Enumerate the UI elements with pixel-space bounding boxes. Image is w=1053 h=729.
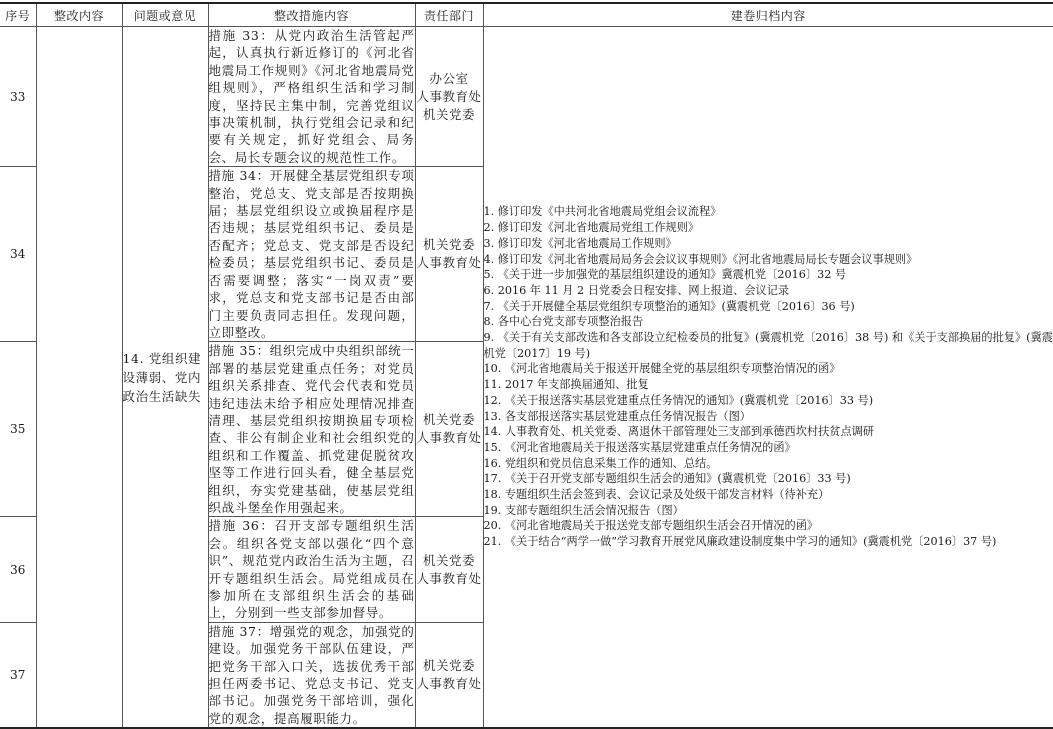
header-dept: 责任部门 bbox=[415, 3, 483, 27]
archive-item: 16. 党组织和党员信息采集工作的通知、总结。 bbox=[484, 456, 1053, 472]
archive-item: 17. 《关于召开党支部专题组织生活会的通知》(冀震机党〔2016〕33 号) bbox=[484, 471, 1053, 487]
dept-cell: 机关党委 人事教育处 bbox=[415, 167, 483, 342]
seq-cell: 37 bbox=[0, 622, 36, 699]
seq-cell: 35 bbox=[0, 342, 36, 517]
dept-name: 人事教育处 bbox=[416, 88, 483, 106]
archive-item: 10. 《河北省地震局关于报送开展健全党的基层组织专项整治情况的函》 bbox=[484, 361, 1053, 377]
dept-name: 机关党委 bbox=[416, 657, 483, 675]
archive-cell: 1. 修订印发《中共河北省地震局党组会议流程》 2. 修订印发《河北省地震局党组… bbox=[483, 27, 1053, 700]
archive-item: 11. 2017 年支部换届通知、批复 bbox=[484, 377, 1053, 393]
archive-item: 3. 修订印发《河北省地震局工作规则》 bbox=[484, 236, 1053, 252]
dept-name: 人事教育处 bbox=[416, 570, 483, 588]
archive-item: 21. 《关于结合“两学一做”学习教育开展党风廉政建设制度集中学习的通知》(冀震… bbox=[484, 534, 1053, 550]
archive-item: 5. 《关于进一步加强党的基层组织建设的通知》冀震机党〔2016〕32 号 bbox=[484, 267, 1053, 283]
archive-item: 19. 支部专题组织生活会情况报告（图） bbox=[484, 503, 1053, 519]
archive-item: 1. 修订印发《中共河北省地震局党组会议流程》 bbox=[484, 204, 1053, 220]
header-rectification-item: 整改内容 bbox=[36, 3, 122, 27]
dept-cell: 机关党委 人事教育处 bbox=[415, 622, 483, 699]
rectification-table: 序号 整改内容 问题或意见 整改措施内容 责任部门 建卷归档内容 33 14. … bbox=[0, 2, 1053, 699]
rectification-item-cell bbox=[36, 27, 122, 700]
measure-cell: 措施 35：组织完成中央组织部统一部署的基层党建重点任务；对党员组织关系排查、党… bbox=[208, 342, 415, 517]
dept-name: 机关党委 bbox=[416, 552, 483, 570]
dept-cell: 机关党委 人事教育处 bbox=[415, 517, 483, 622]
measure-cell: 措施 37：增强党的观念，加强党的建设。加强党务干部队伍建设，严把党务干部入口关… bbox=[208, 622, 415, 699]
seq-cell: 33 bbox=[0, 27, 36, 167]
header-archive: 建卷归档内容 bbox=[483, 3, 1053, 27]
dept-cell: 机关党委 人事教育处 bbox=[415, 342, 483, 517]
archive-item: 20. 《河北省地震局关于报送党支部专题组织生活会召开情况的函》 bbox=[484, 518, 1053, 534]
header-seq: 序号 bbox=[0, 3, 36, 27]
measure-cell: 措施 34：开展健全基层党组织专项整治，党总支、党支部是否按期换届；基层党组织设… bbox=[208, 167, 415, 342]
dept-name: 机关党委 bbox=[416, 236, 483, 254]
dept-name: 人事教育处 bbox=[416, 675, 483, 693]
seq-cell: 36 bbox=[0, 517, 36, 622]
archive-item: 6. 2016 年 11 月 2 日党委会日程安排、网上报道、会议记录 bbox=[484, 283, 1053, 299]
table-row: 33 14. 党组织建设薄弱、党内政治生活缺失 措施 33：从党内政治生活管起严… bbox=[0, 27, 1053, 167]
dept-name: 人事教育处 bbox=[416, 254, 483, 272]
archive-item: 7. 《关于开展健全基层党组织专项整治的通知》(冀震机党〔2016〕36 号) bbox=[484, 299, 1053, 315]
header-row: 序号 整改内容 问题或意见 整改措施内容 责任部门 建卷归档内容 bbox=[0, 3, 1053, 27]
dept-name: 人事教育处 bbox=[416, 429, 483, 447]
dept-name: 机关党委 bbox=[416, 411, 483, 429]
archive-item: 14. 人事教育处、机关党委、离退休干部管理处三支部到承德西坎村扶贫点调研 bbox=[484, 424, 1053, 440]
archive-item: 12. 《关于报送落实基层党建重点任务情况的通知》(冀震机党〔2016〕33 号… bbox=[484, 393, 1053, 409]
dept-name: 机关党委 bbox=[416, 106, 483, 124]
dept-cell: 办公室 人事教育处 机关党委 bbox=[415, 27, 483, 167]
archive-item: 2. 修订印发《河北省地震局党组工作规则》 bbox=[484, 220, 1053, 236]
archive-item: 15. 《河北省地震局关于报送落实基层党建重点任务情况的函》 bbox=[484, 440, 1053, 456]
archive-item: 9. 《关于有关支部改选和各支部设立纪检委员的批复》(冀震机党〔2016〕38 … bbox=[484, 330, 1053, 361]
archive-item: 4. 修订印发《河北省地震局局务会会议议事规则》《河北省地震局局长专题会议事规则… bbox=[484, 252, 1053, 268]
archive-item: 13. 各支部报送落实基层党建重点任务情况报告（图） bbox=[484, 409, 1053, 425]
measure-cell: 措施 33：从党内政治生活管起严起，认真执行新近修订的《河北省地震局工作规则》《… bbox=[208, 27, 415, 167]
measure-cell: 措施 36：召开支部专题组织生活会。组织各党支部以强化“四个意识”、规范党内政治… bbox=[208, 517, 415, 622]
archive-item: 8. 各中心台党支部专项整治报告 bbox=[484, 314, 1053, 330]
dept-name: 办公室 bbox=[416, 70, 483, 88]
header-measure: 整改措施内容 bbox=[208, 3, 415, 27]
issue-cell: 14. 党组织建设薄弱、党内政治生活缺失 bbox=[122, 27, 208, 700]
archive-item: 18. 专题组织生活会签到表、会议记录及处级干部发言材料（待补充） bbox=[484, 487, 1053, 503]
header-issue: 问题或意见 bbox=[122, 3, 208, 27]
seq-cell: 34 bbox=[0, 167, 36, 342]
